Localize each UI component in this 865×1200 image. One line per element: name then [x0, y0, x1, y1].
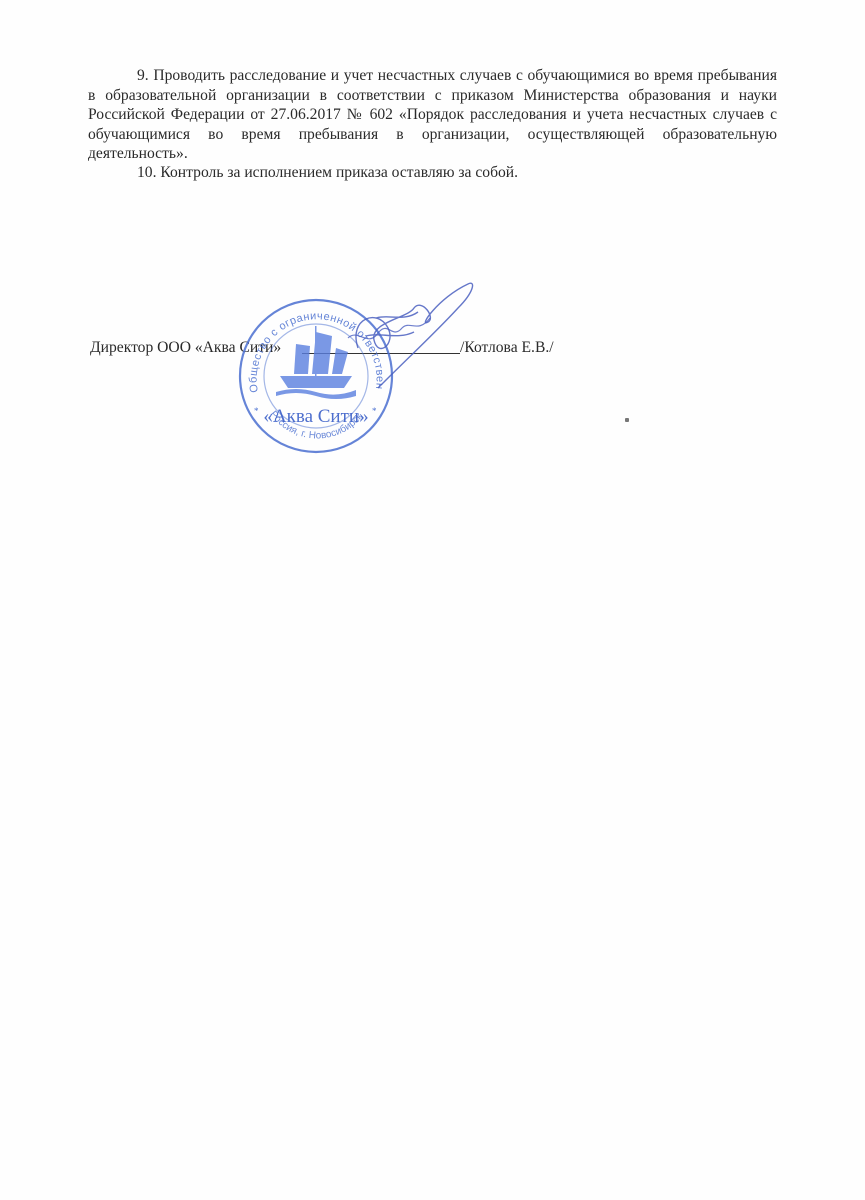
svg-text:«Аква Сити»: «Аква Сити» — [263, 406, 368, 427]
scan-artifact — [625, 418, 629, 422]
signature-line — [302, 353, 460, 354]
signatory-title: Директор ООО «Аква Сити» — [90, 338, 281, 357]
svg-text:*: * — [254, 406, 259, 416]
document-page: 9. Проводить расследование и учет несчас… — [0, 0, 865, 1200]
sailing-ship-icon — [276, 326, 356, 399]
paragraph-text: 9. Проводить расследование и учет несчас… — [88, 67, 777, 162]
company-stamp: Общество с ограниченной ответственностью… — [236, 296, 396, 456]
paragraph-text: 10. Контроль за исполнением приказа оста… — [137, 164, 518, 181]
svg-text:*: * — [372, 406, 377, 416]
paragraph-item-9: 9. Проводить расследование и учет несчас… — [88, 66, 777, 164]
signatory-name: /Котлова Е.В./ — [460, 338, 554, 357]
paragraph-item-10: 10. Контроль за исполнением приказа оста… — [88, 163, 777, 183]
handwritten-signature — [318, 278, 478, 398]
svg-text:Россия, г. Новосибирск: Россия, г. Новосибирск — [268, 409, 366, 442]
